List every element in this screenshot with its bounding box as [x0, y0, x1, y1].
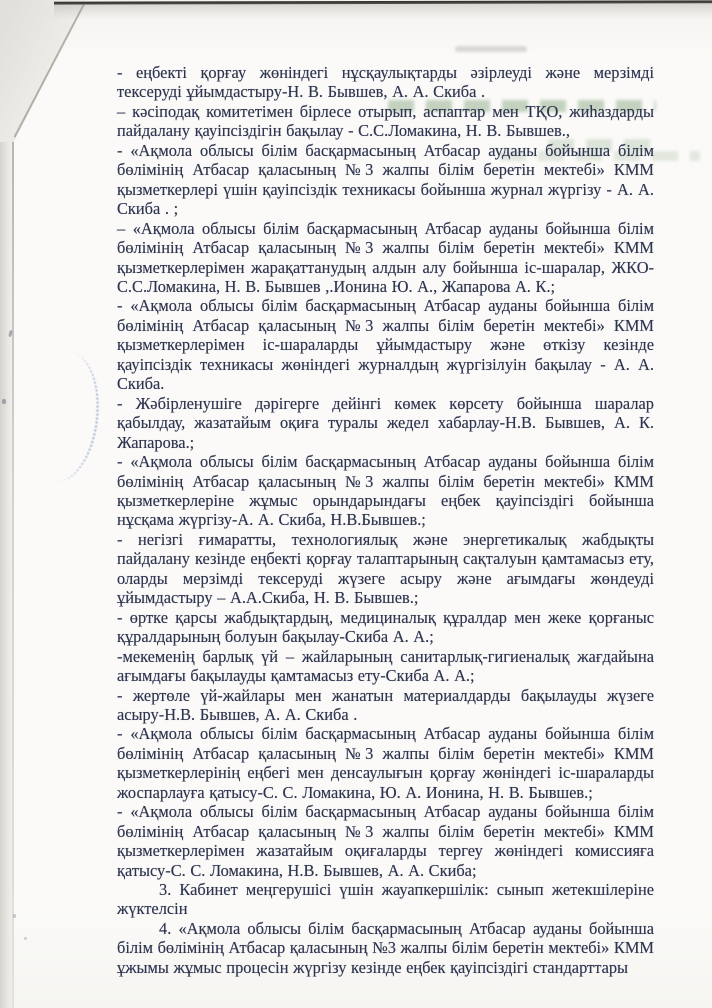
list-item: - «Ақмола облысы білім басқармасының Атб…	[117, 141, 654, 219]
scanned-document-screenshot: { "page": { "kind": "scanned typewritten…	[0, 0, 712, 1008]
scan-speck	[2, 399, 6, 404]
list-item: -мекеменің барлық үй – жайларының санита…	[117, 647, 654, 686]
numbered-item-4: 4. «Ақмола облысы білім басқармасының Ат…	[117, 919, 654, 977]
pencil-smudge	[455, 46, 527, 52]
numbered-item-3: 3. Кабинет меңгерушісі үшін жауапкершілі…	[117, 880, 654, 919]
list-item: - «Ақмола облысы білім басқармасының Атб…	[117, 452, 654, 530]
list-item: - еңбекті қорғау жөніндегі нұсқаулықтард…	[117, 63, 654, 102]
list-item: - «Ақмола облысы білім басқармасының Атб…	[117, 802, 654, 880]
list-item: - «Ақмола облысы білім басқармасының Атб…	[117, 296, 654, 393]
page-left-edge-line	[12, 130, 14, 1008]
scan-speck	[13, 914, 16, 918]
list-item: - Жәбірленушіге дәрігерге дейінгі көмек …	[117, 394, 654, 452]
document-body: - еңбекті қорғау жөніндегі нұсқаулықтард…	[117, 63, 654, 977]
scan-top-shadow	[54, 4, 712, 19]
list-item: – кәсіподақ комитетімен бірлесе отырып, …	[117, 102, 654, 141]
list-item: - жертөле үй-жайлары мен жанатын материа…	[117, 686, 654, 725]
list-item: - негізгі ғимаратты, технологиялық және …	[117, 530, 654, 608]
list-item: – «Ақмола облысы білім басқармасының Атб…	[117, 219, 654, 297]
list-item: - өртке қарсы жабдықтардың, медициналық …	[117, 608, 654, 647]
scan-speck	[24, 937, 27, 940]
list-item: - «Ақмола облысы білім басқармасының Атб…	[117, 724, 654, 802]
